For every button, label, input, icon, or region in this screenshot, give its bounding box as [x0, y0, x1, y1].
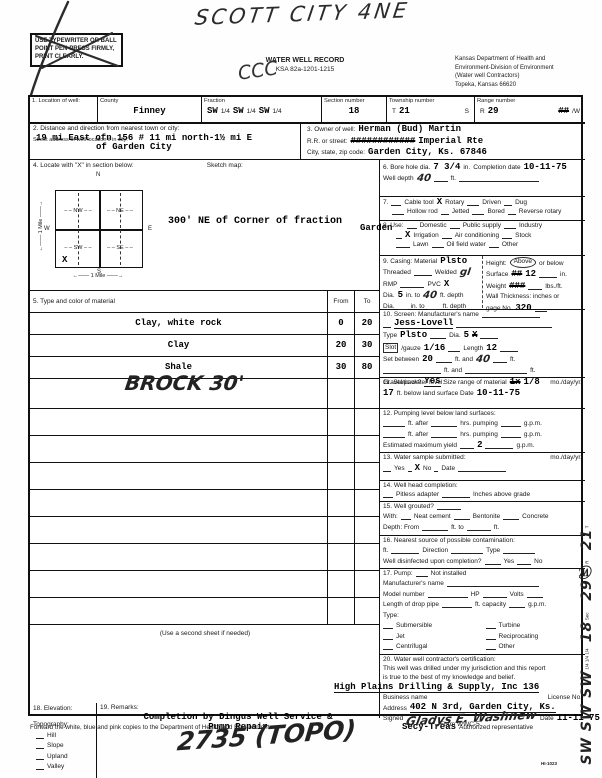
printed-text: Reverse rotary	[519, 208, 562, 216]
printed-text: ft.	[494, 524, 499, 532]
screen-manufacturer-value: Jess-Lovell	[380, 319, 585, 329]
typed-text: 7 3/4	[433, 163, 460, 172]
printed-text: Length	[463, 345, 483, 353]
blank-line	[401, 518, 411, 520]
printed-text: g.p.m.	[528, 601, 546, 609]
blank-line	[504, 204, 512, 206]
blank-line	[456, 326, 552, 328]
location-label: 1. Location of well:	[32, 98, 95, 105]
blank-line	[383, 496, 393, 498]
printed-text: Well depth	[383, 175, 414, 183]
blank-line	[493, 361, 507, 363]
printed-text: ft. after	[408, 431, 428, 439]
printed-text: 7.	[383, 199, 388, 207]
remarks-label: 19. Remarks:	[100, 704, 376, 712]
printed-text: Turbine	[499, 622, 521, 630]
one-mile-vertical: 1 Mile	[37, 187, 45, 265]
county-label: County	[100, 98, 199, 105]
print-code: HI-1023	[541, 761, 557, 766]
printed-text: Other	[499, 643, 515, 651]
pump-centrifugal: Centrifugal	[380, 643, 483, 651]
blank-line	[442, 606, 472, 608]
printed-text: No	[423, 465, 431, 473]
blank-line	[36, 768, 44, 770]
section-square: NW NE SW SE X	[55, 190, 143, 268]
fraction-value: SW1/4SW1/4SW1/4	[204, 107, 319, 116]
signed-line: Signed Gladys E. Washnew Date 11-11-75	[380, 714, 585, 723]
blank-line	[383, 638, 393, 640]
blank-line	[383, 436, 405, 438]
printed-text: This well was drilled under my jurisdict…	[383, 665, 546, 673]
sample-label: 13. Water sample submitted:mo./day/yr.	[380, 454, 585, 462]
scanned-water-well-record: SCOTT CITY 4NE USE TYPEWRITER OR BALL PO…	[0, 0, 602, 778]
hand-circled-text: Above	[510, 257, 536, 268]
static-level-value: 17ft. below land surface Date10-11-75	[380, 389, 585, 398]
grouted-line3: Depth: Fromft. toft.	[380, 524, 585, 532]
printed-text: Threaded	[383, 269, 411, 277]
printed-text: 1/4	[247, 108, 256, 116]
printed-text: Bored	[487, 208, 504, 216]
agency-line: Topeka, Kansas 66620	[455, 81, 587, 90]
blank-line	[392, 213, 404, 215]
handwritten-scribble: CCC	[237, 57, 279, 84]
printed-text: Direction	[422, 547, 448, 555]
printed-text: R	[480, 108, 485, 116]
casing-right: Height:Aboveor below Surface##12in. Weig…	[482, 256, 585, 308]
cert-label: 20. Water well contractor's certificatio…	[380, 656, 585, 664]
blank-line	[36, 737, 44, 739]
blank-line	[383, 470, 391, 472]
blank-line	[448, 350, 460, 352]
topo-hill: Hill	[33, 732, 93, 740]
owner-line: 3. Owner of well:Herman (Bud) Martin	[304, 125, 582, 134]
contamination-line2: ft.DirectionType	[380, 547, 585, 555]
blank-line	[508, 213, 516, 215]
printed-text: City, state, zip code:	[307, 149, 365, 157]
instruction-box: USE TYPEWRITER OR BALL POINT PEN-PRESS F…	[30, 33, 123, 67]
street-line: R.R. or street:############Imperial Rte	[304, 137, 582, 146]
printed-text: With:	[383, 513, 398, 521]
printed-text: Neat cement	[414, 513, 451, 521]
date-label: Date	[540, 715, 554, 723]
printed-text: Concrete	[522, 513, 548, 521]
printed-text: 15. Well grouted?	[383, 503, 434, 511]
blank-line	[500, 350, 518, 352]
stray-typed-garden: Garden	[360, 224, 392, 233]
blank-line	[416, 575, 428, 577]
printed-text: R.R. or street:	[307, 138, 347, 146]
margin-note-township: 21 T	[583, 525, 592, 550]
printed-text: lbs./ft.	[545, 283, 562, 291]
printed-text: in. to	[406, 292, 420, 300]
location-note-typed: 300' NE of Corner of fraction	[168, 217, 342, 226]
printed-text: Length of drop pipe	[383, 601, 439, 609]
pump-reciprocating: Reciprocating	[483, 633, 586, 641]
form-body: 1. Location of well: County Finney Fract…	[28, 95, 583, 716]
printed-text: g.p.m.	[524, 420, 542, 428]
topo-valley: Valley	[33, 763, 93, 771]
printed-text: hrs. pumping	[460, 431, 498, 439]
bore-hole-line: 6. Bore hole dia.7 3/4in.Completion date…	[380, 163, 585, 172]
quadrant-nw: NW	[56, 191, 100, 230]
section2-distance: 2. Distance and direction from nearest t…	[30, 124, 300, 159]
city-line: City, state, zip code:Garden City, Ks. 6…	[304, 148, 582, 157]
township-value: T21S	[389, 107, 472, 116]
printed-text: ft. capacity	[475, 601, 506, 609]
printed-text: Cable tool	[404, 199, 433, 207]
typed-text: 1/16	[424, 344, 446, 353]
printed-text: Completion date	[473, 164, 520, 172]
blank-line	[442, 237, 452, 239]
screen-set-between2: ft. andft.	[380, 367, 585, 375]
blank-line	[489, 246, 499, 248]
printed-text: 11. Static water level:	[383, 379, 444, 387]
printed-text: Type	[383, 332, 397, 340]
signed-label: Signed	[383, 715, 403, 723]
blank-line	[486, 627, 496, 629]
blank-line	[396, 237, 402, 239]
strata-to: 20	[362, 319, 373, 328]
typed-text: 10-11-75	[524, 163, 567, 172]
handwritten-text: 40	[422, 291, 437, 300]
township-label: Township number	[389, 98, 472, 105]
typed-text: Plsto	[440, 257, 467, 266]
blank-line	[383, 425, 405, 427]
use-line3: LawnOil field waterOther	[380, 241, 585, 249]
typed-text: 29	[488, 107, 499, 116]
printed-text: Set between	[383, 356, 419, 364]
strata-to: 80	[362, 363, 373, 372]
pitless-line: Pitless adapterInches above grade	[380, 491, 585, 499]
typed-text: 2	[477, 441, 482, 450]
printed-text: /gauze	[401, 345, 421, 353]
section6-bore-hole: 6. Bore hole dia.7 3/4in.Completion date…	[380, 163, 585, 197]
blank-line	[36, 758, 44, 760]
section3-owner: 3. Owner of well:Herman (Bud) Martin R.R…	[300, 124, 585, 159]
screen-slot-length: Slot/gauze1/16Length12	[380, 343, 585, 353]
printed-text: Weight	[486, 283, 506, 291]
typed-text: 21	[399, 107, 410, 116]
blank-line	[451, 552, 483, 554]
to-header: To	[364, 298, 371, 306]
handwritten-text: gl	[459, 268, 471, 277]
strata-from: 20	[336, 341, 347, 350]
typed-text: Imperial Rte	[418, 137, 483, 146]
printed-text: 12. Pumping level below land surfaces:	[383, 410, 496, 418]
section5-strata-table: 5. Type and color of material From To Cl…	[30, 290, 379, 640]
contamination-label: 16. Nearest source of possible contamina…	[380, 537, 585, 545]
screen-set-between: Set between20ft. and40ft.	[380, 355, 585, 364]
printed-text: ft. depth	[440, 292, 464, 300]
section20-certification: 20. Water well contractor's certificatio…	[380, 656, 585, 732]
casing-left: 9. Casing: MaterialPlsto ThreadedWeldedg…	[380, 256, 482, 308]
blank-line	[460, 447, 474, 449]
blank-line	[383, 372, 441, 374]
form-number: Form WWC-5	[440, 721, 480, 728]
printed-text: Well disinfected upon completion?	[383, 558, 482, 566]
from-header: From	[333, 298, 348, 306]
printed-text: Type	[486, 547, 500, 555]
business-license-labels: Business nameLicense No.	[380, 694, 585, 702]
printed-text: mo./day/yr.	[550, 454, 582, 462]
printed-text: 16. Nearest source of possible contamina…	[383, 537, 515, 545]
handwritten-text: 40	[475, 355, 490, 364]
printed-text: ft.	[451, 175, 456, 183]
blank-line	[383, 648, 393, 650]
printed-text: 17. Pump:	[383, 570, 413, 578]
printed-text: Irrigation	[413, 232, 438, 240]
agency-block: Kansas Department of Health andEnvironme…	[455, 55, 587, 89]
printed-text: Public supply	[463, 222, 501, 230]
printed-text: Surface	[486, 271, 508, 279]
strata-row	[30, 409, 379, 436]
strata-header-row: 5. Type and color of material From To	[30, 291, 379, 313]
cert-line3: is true to the best of my knowledge and …	[380, 674, 585, 682]
cert-line2: This well was drilled under my jurisdict…	[380, 665, 585, 673]
bottom-left-row: 18. Elevation: Topography: Hill Slope Up…	[30, 703, 379, 778]
estimated-yield: Estimated maximum yield2g.p.m.	[380, 441, 585, 450]
blank-line	[391, 552, 419, 554]
typed-text: Garden City, Ks. 67846	[368, 148, 487, 157]
pump-other: Other	[483, 643, 586, 651]
blank-line	[434, 180, 448, 182]
left-column: 4. Locate with "X" in section below: Ske…	[30, 160, 379, 640]
printed-text: is true to the best of my knowledge and …	[383, 674, 515, 682]
blank-line	[454, 518, 470, 520]
casing-threaded-welded: ThreadedWeldedgl	[380, 268, 482, 277]
strata-material: Clay	[168, 341, 190, 350]
blank-line	[431, 436, 457, 438]
margin-note-section: 18 Sec	[583, 612, 592, 642]
section18-elevation: 18. Elevation: Topography: Hill Slope Up…	[30, 703, 97, 778]
section-value: 18	[349, 107, 360, 116]
strata-row	[30, 463, 379, 490]
printed-text: Domestic	[420, 222, 447, 230]
topo-upland: Upland	[33, 753, 93, 761]
printed-text: hrs. pumping	[460, 420, 498, 428]
printed-text: Not installed	[431, 570, 467, 578]
blank-line	[437, 508, 461, 510]
printed-text: Valley	[47, 763, 64, 771]
cell-county: County Finney	[98, 97, 202, 122]
typed-text: 5	[398, 291, 403, 300]
agency-line: Environment-Division of Environment	[455, 64, 587, 73]
printed-text: Dug	[515, 199, 527, 207]
pumping-line1: ft. afterhrs. pumpingg.p.m.	[380, 420, 585, 428]
blank-line	[407, 227, 417, 229]
typed-text: X	[415, 464, 420, 473]
blank-line	[422, 529, 448, 531]
printed-text: T	[392, 108, 396, 116]
printed-text: 6. Bore hole dia.	[383, 164, 430, 172]
printed-text: 9. Casing: Material	[383, 258, 437, 266]
blank-line	[517, 563, 531, 565]
blank-line	[485, 447, 513, 449]
section8-use: 8. Use:DomesticPublic supplyIndustry XIr…	[380, 222, 585, 256]
typed-text: SW	[207, 107, 218, 116]
printed-text: Height:	[486, 260, 507, 268]
section15-grouted: 15. Well grouted? With:Neat cementBenton…	[380, 503, 585, 536]
blank-line	[502, 237, 512, 239]
copies-instruction: Forward the white, blue and pink copies …	[30, 724, 269, 731]
pump-submersible: Submersible	[380, 622, 483, 630]
typed-text: 20	[422, 355, 433, 364]
printed-text: Slope	[47, 742, 64, 750]
blank-line	[527, 596, 543, 598]
typed-text: X	[444, 280, 449, 289]
printed-text: Jetted	[452, 208, 470, 216]
strata-material: Clay, white rock	[135, 319, 221, 328]
printed-text: HP	[471, 591, 480, 599]
printed-text: 3. Owner of well:	[307, 126, 355, 134]
printed-text: ft. and	[444, 367, 462, 375]
section14-well-head: 14. Well head completion: Pitless adapte…	[380, 482, 585, 502]
blank-line	[458, 470, 506, 472]
blank-line	[472, 213, 484, 215]
elevation-label: 18. Elevation:	[33, 705, 93, 713]
strata-row	[30, 436, 379, 463]
compass-north: N	[96, 172, 100, 178]
typed-text-struck: ##	[511, 270, 522, 279]
screen-type-dia: TypePlstoDia.5X	[380, 331, 585, 340]
material-header: 5. Type and color of material	[33, 298, 115, 306]
handwritten-brock-note: BROCK 30'	[124, 379, 244, 388]
printed-text: Estimated maximum yield	[383, 442, 457, 450]
printed-text: Bentonite	[473, 513, 500, 521]
blank-line	[447, 585, 539, 587]
right-column: 6. Bore hole dia.7 3/4in.Completion date…	[379, 160, 585, 718]
casing-wall-thickness: Wall Thickness: inches or	[483, 293, 585, 301]
pump-turbine: Turbine	[483, 622, 586, 630]
strata-body: Clay, white rock020Clay2030Shale3080	[30, 313, 379, 625]
drill-method-line2: Hollow rodJettedBoredReverse rotary	[380, 208, 585, 216]
printed-text: Rotary	[445, 199, 464, 207]
printed-text: Air conditioning	[455, 232, 499, 240]
compass-east: E	[148, 226, 152, 232]
printed-text: Yes	[504, 558, 515, 566]
printed-text: Centrifugal	[396, 643, 427, 651]
casing-dia2: Dia.in. toft. depth	[380, 303, 482, 311]
typed-text: 5	[464, 331, 469, 340]
grouted-line1: 15. Well grouted?	[380, 503, 585, 511]
printed-text: in. to	[411, 303, 425, 311]
printed-text: Lawn	[413, 241, 429, 249]
margin-note-quarters: SW SW SW 1/4 1/4 1/4	[583, 648, 592, 765]
typed-text-underlined: Jess-Lovell	[394, 319, 453, 329]
section19-remarks: 19. Remarks: Completion by Dingus Well S…	[97, 703, 379, 778]
hand-boxed-text: Slot	[383, 343, 398, 353]
typed-text-struck: ############	[350, 137, 415, 146]
pump-drop-pipe: Length of drop pipeft. capacityg.p.m.	[380, 601, 585, 609]
section4-sketch: 4. Locate with "X" in section below: Ske…	[30, 162, 379, 292]
one-mile-horizontal: 1 Mile	[48, 272, 148, 280]
blank-line	[383, 627, 393, 629]
printed-text: Upland	[47, 753, 68, 761]
printed-text: No	[534, 558, 542, 566]
blank-line	[36, 747, 44, 749]
blank-line	[434, 470, 438, 472]
printed-text: ft. after	[408, 420, 428, 428]
blank-line	[485, 563, 501, 565]
pump-label: 17. Pump:Not installed	[380, 570, 585, 578]
static-level-label: 11. Static water level:mo./day/yr.	[380, 379, 585, 387]
drill-method-line1: 7.Cable toolXRotaryDrivenDug	[380, 198, 585, 207]
section7-drill-method: 7.Cable toolXRotaryDrivenDug Hollow rodJ…	[380, 198, 585, 221]
typed-text: 17	[383, 389, 394, 398]
business-name-typed: High Plains Drilling & Supply, Inc 136	[334, 683, 539, 693]
printed-text: Hill	[47, 732, 56, 740]
printed-text: S	[465, 108, 469, 116]
casing-surface: Surface##12in.	[483, 270, 585, 279]
blank-line	[528, 288, 542, 290]
printed-text: ft. to	[451, 524, 464, 532]
blank-line	[383, 326, 391, 328]
pumping-line2: ft. afterhrs. pumpingg.p.m.	[380, 431, 585, 439]
handwritten-map-title: SCOTT CITY 4NE	[193, 0, 411, 30]
strata-from: 30	[336, 363, 347, 372]
cell-range: Range number R29##/W	[475, 97, 585, 122]
printed-text: Stock	[515, 232, 531, 240]
section10-screen: 10. Screen: Manufacturer's name Jess-Lov…	[380, 311, 585, 378]
blank-line	[391, 204, 401, 206]
section11-static-level: 11. Static water level:mo./day/yr. 17ft.…	[380, 379, 585, 409]
printed-text: Address	[383, 705, 407, 713]
printed-text: g.p.m.	[524, 431, 542, 439]
printed-text: 1/4	[221, 108, 230, 116]
printed-text: Yes	[394, 465, 405, 473]
blank-line	[486, 648, 496, 650]
printed-text: Industry	[519, 222, 542, 230]
printed-text: PVC	[427, 281, 440, 289]
printed-text: Oil field water	[447, 241, 486, 249]
use-line1: 8. Use:DomesticPublic supplyIndustry	[380, 222, 585, 230]
blank-line	[501, 436, 521, 438]
typed-text: of Garden City	[96, 143, 172, 152]
printed-text: ft.	[383, 547, 388, 555]
printed-text: /W	[572, 108, 580, 116]
typed-text-struck: ###	[509, 282, 525, 291]
blank-line	[442, 496, 470, 498]
topo-slope: Slope	[33, 742, 93, 750]
printed-text: mo./day/yr.	[550, 379, 582, 387]
blank-line	[482, 316, 540, 318]
casing-height: Height:Aboveor below	[483, 257, 585, 268]
blank-line	[441, 213, 449, 215]
pump-model: Model numberHPVolts	[380, 591, 585, 599]
strata-row	[30, 598, 379, 625]
blank-line	[504, 227, 516, 229]
agency-line: (Water well Contractors)	[455, 72, 587, 81]
strata-row	[30, 571, 379, 598]
typed-text: Herman (Bud) Martin	[358, 125, 461, 134]
printed-text: Dia.	[383, 292, 395, 300]
printed-text: ft. below land surface Date	[397, 390, 474, 398]
blank-line	[432, 246, 444, 248]
row-location: 1. Location of well: County Finney Fract…	[30, 97, 585, 124]
blank-line	[398, 308, 408, 310]
typed-text: X	[405, 231, 410, 240]
distance-label: 2. Distance and direction from nearest t…	[33, 125, 297, 133]
printed-text: Reciprocating	[499, 633, 539, 641]
printed-text: Manufacturer's name	[383, 580, 444, 588]
pump-type-label: Type:	[380, 612, 585, 620]
cell-fraction: Fraction SW1/4SW1/4SW1/4	[202, 97, 322, 122]
printed-text: Dia.	[383, 303, 395, 311]
typed-text: X	[437, 198, 442, 207]
typed-text-struck: X	[472, 331, 477, 340]
printed-text: Hollow rod	[407, 208, 438, 216]
margin-note-range: 29Ⓦ R	[583, 560, 592, 601]
